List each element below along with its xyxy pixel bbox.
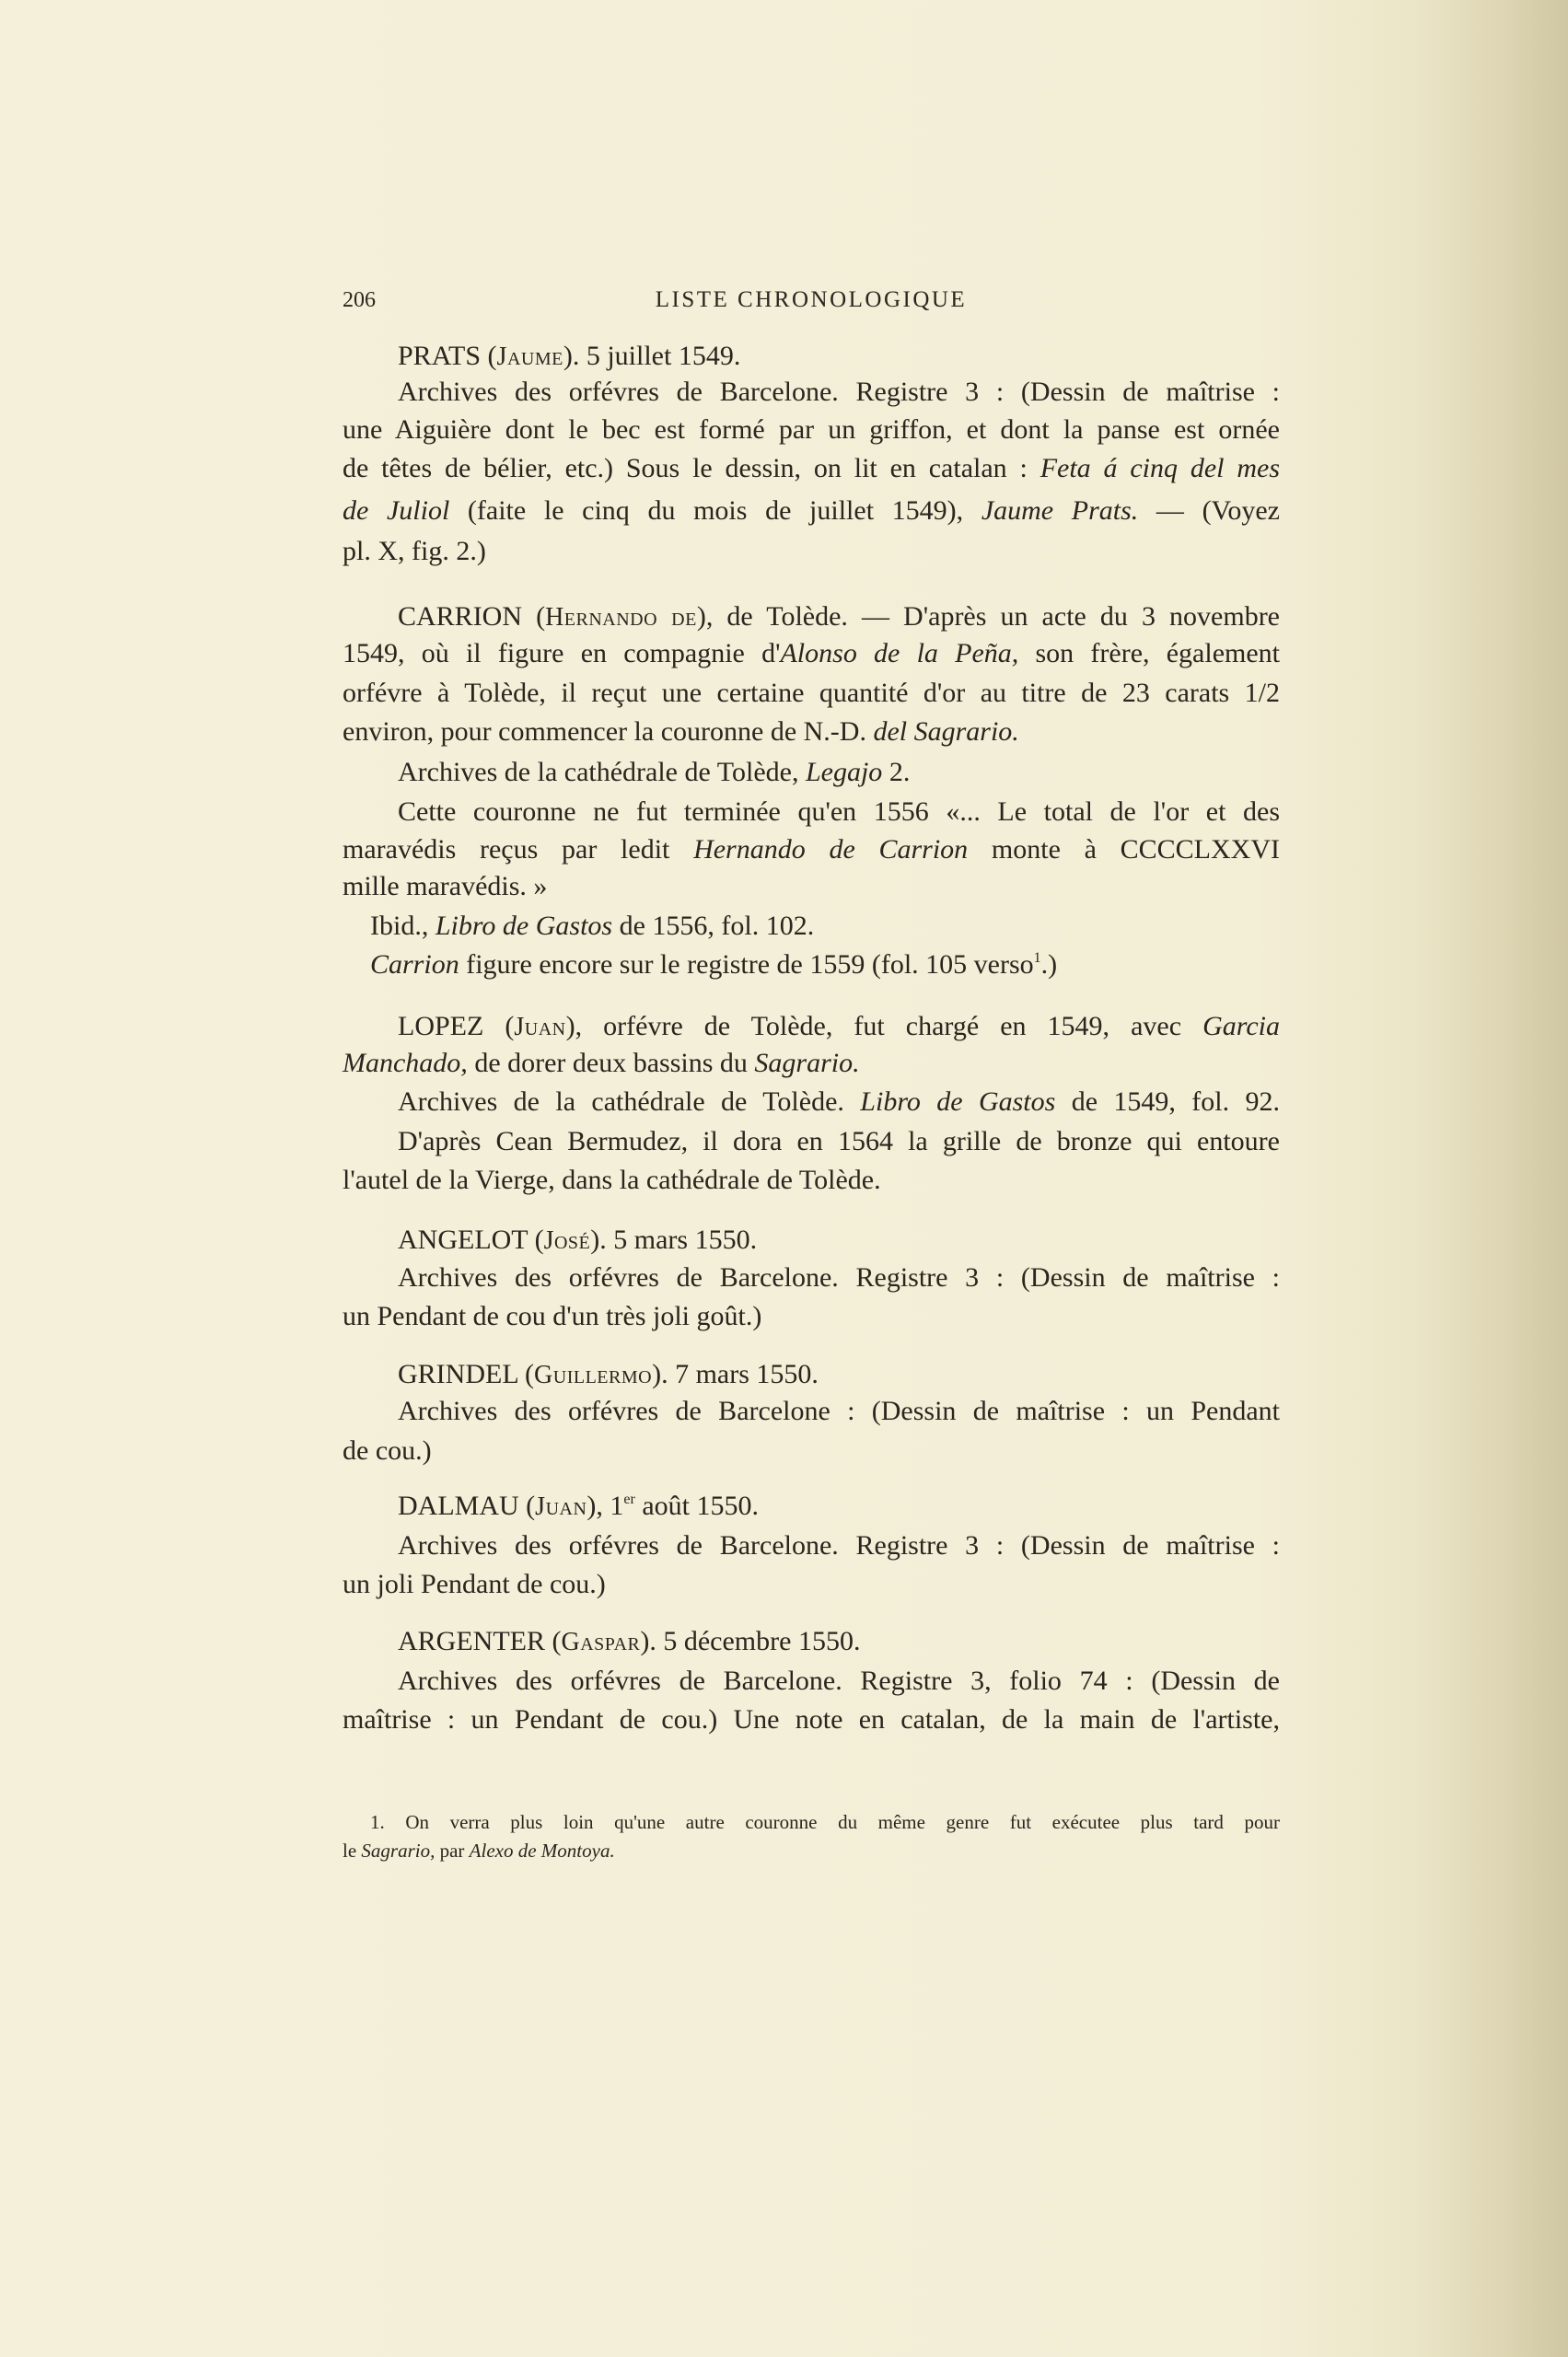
text-line: maravédis reçus par ledit Hernando de Ca… [343,830,1280,869]
text-span: de 1549, fol. 92. [1055,1086,1280,1117]
text-span: Archives de la cathédrale de Tolède, [398,757,806,787]
given-name: Juan [535,1492,587,1521]
text-line: maîtrise : un Pendant de cou.) Une note … [343,1701,1280,1739]
text-span: par [435,1840,469,1862]
given-name: Hernando de [545,603,697,632]
text-span: de 1556, fol. 102. [612,911,814,941]
text-span: 2. [882,757,910,787]
text-span: , orfévre de Tolède, fut chargé en 1549,… [575,1011,1203,1041]
text-span: — (Voyez [1138,495,1280,526]
given-name: Jaume [497,343,563,371]
text-line: un joli Pendant de cou.) [343,1565,1280,1604]
text-span: Ibid., [370,911,436,941]
text-line: Manchado, de dorer deux bassins du Sagra… [343,1044,1280,1083]
footnote-marker: 1 [1034,950,1041,966]
given-name: Gaspar [562,1628,641,1656]
entry-heading-lopez: LOPEZ (Juan), orfévre de Tolède, fut cha… [398,1007,1280,1046]
text-span: environ, pour commencer la couronne de N… [343,716,873,747]
artisan-name: PRATS [398,341,481,371]
text-span: son frère, également [1018,638,1280,668]
artisan-name: DALMAU [398,1491,519,1521]
given-name: Juan [514,1013,565,1041]
text-span: On verra plus loin qu'une autre couronne… [385,1811,1280,1833]
artisan-name: GRINDEL [398,1359,518,1389]
text-line: Cette couronne ne fut terminée qu'en 155… [398,793,1280,831]
text-span: monte à CCCCLXXVI [968,834,1280,865]
italic-name: Alexo de Montoya. [470,1840,615,1862]
entry-date: , 1 [596,1491,623,1521]
italic-name: Hernando de Carrion [693,834,968,865]
text-line: Archives des orfévres de Barcelone. Regi… [398,373,1280,412]
text-line: un Pendant de cou d'un très joli goût.) [343,1297,1280,1336]
running-header: 206 LISTE CHRONOLOGIQUE [343,284,1280,316]
text-line: Archives des orfévres de Barcelone. Regi… [398,1662,1280,1701]
entry-date: août 1550. [635,1491,759,1521]
text-line: de cou.) [343,1432,1280,1470]
italic-name: Sagrario, [361,1840,435,1862]
text-line: orfévre à Tolède, il reçut une certaine … [343,674,1280,713]
entry-heading-prats: PRATS (Jaume). 5 juillet 1549. [398,337,1280,376]
text-span: (faite le cinq du mois de juillet 1549), [449,495,981,526]
italic-citation: Feta á cinq del mes [1040,453,1280,483]
text-line: Archives des orfévres de Barcelone : (De… [398,1392,1280,1431]
text-line: Carrion figure encore sur le registre de… [370,946,1280,984]
text-span: .) [1041,949,1058,980]
ordinal-suffix: er [623,1492,634,1507]
text-span: , de Tolède. — D'après un acte du 3 nove… [706,601,1280,632]
italic-name: Garcia [1202,1011,1280,1041]
text-line: D'après Cean Bermudez, il dora en 1564 l… [398,1122,1280,1161]
entry-heading-carrion: CARRION (Hernando de), de Tolède. — D'ap… [398,598,1280,636]
italic-name: Carrion [370,949,459,980]
italic-citation: Legajo [806,757,882,787]
entry-heading-angelot: ANGELOT (José). 5 mars 1550. [398,1221,1280,1260]
italic-name: del Sagrario. [873,716,1018,747]
text-span: le [343,1840,361,1862]
text-line: de têtes de bélier, etc.) Sous le dessin… [343,449,1280,488]
given-name: Guillermo [534,1361,652,1389]
entry-date: . 5 décembre 1550. [649,1626,860,1656]
text-span: de têtes de bélier, etc.) Sous le dessin… [343,453,1040,483]
text-line: 1549, où il figure en compagnie d'Alonso… [343,634,1280,673]
book-page: 206 LISTE CHRONOLOGIQUE PRATS (Jaume). 5… [0,0,1568,2357]
text-line: mille maravédis. » [343,867,1280,906]
italic-name: Sagrario. [754,1048,859,1078]
text-line: l'autel de la Vierge, dans la cathédrale… [343,1161,1280,1200]
text-span: 1549, où il figure en compagnie d' [343,638,780,668]
text-span: Archives de la cathédrale de Tolède. [398,1086,860,1117]
italic-citation: de Juliol [343,495,449,526]
text-line: Archives des orfévres de Barcelone. Regi… [398,1527,1280,1565]
text-span: de dorer deux bassins du [468,1048,755,1078]
italic-name: Manchado, [343,1048,468,1078]
artisan-name: LOPEZ [398,1011,483,1041]
entry-heading-dalmau: DALMAU (Juan), 1er août 1550. [398,1487,1280,1526]
footnote-line: le Sagrario, par Alexo de Montoya. [343,1837,1280,1864]
text-span: maravédis reçus par ledit [343,834,693,865]
text-line: Archives de la cathédrale de Tolède. Lib… [398,1083,1280,1121]
artisan-name: ANGELOT [398,1225,528,1255]
artisan-name: ARGENTER [398,1626,545,1656]
italic-name: Alonso de la Peña, [780,638,1018,668]
entry-heading-grindel: GRINDEL (Guillermo). 7 mars 1550. [398,1355,1280,1394]
given-name: José [544,1226,591,1255]
text-line: Archives de la cathédrale de Tolède, Leg… [398,753,1280,792]
entry-date: . 5 mars 1550. [599,1225,757,1255]
text-line: pl. X, fig. 2.) [343,532,1280,571]
text-line: environ, pour commencer la couronne de N… [343,713,1280,751]
entry-date: . 7 mars 1550. [661,1359,819,1389]
italic-citation: Libro de Gastos [860,1086,1055,1117]
text-line: de Juliol (faite le cinq du mois de juil… [343,492,1280,530]
text-line: Ibid., Libro de Gastos de 1556, fol. 102… [370,907,1280,946]
text-line: une Aiguière dont le bec est formé par u… [343,411,1280,449]
running-title: LISTE CHRONOLOGIQUE [343,284,1280,316]
italic-name: Jaume Prats. [981,495,1138,526]
text-span: figure encore sur le registre de 1559 (f… [459,949,1034,980]
footnote-number: 1. [370,1811,385,1833]
entry-heading-argenter: ARGENTER (Gaspar). 5 décembre 1550. [398,1622,1280,1661]
artisan-name: CARRION [398,601,522,632]
footnote-line: 1. On verra plus loin qu'une autre couro… [370,1808,1280,1836]
text-line: Archives des orfévres de Barcelone. Regi… [398,1259,1280,1297]
italic-citation: Libro de Gastos [436,911,612,941]
entry-date: 5 juillet 1549. [587,341,741,371]
